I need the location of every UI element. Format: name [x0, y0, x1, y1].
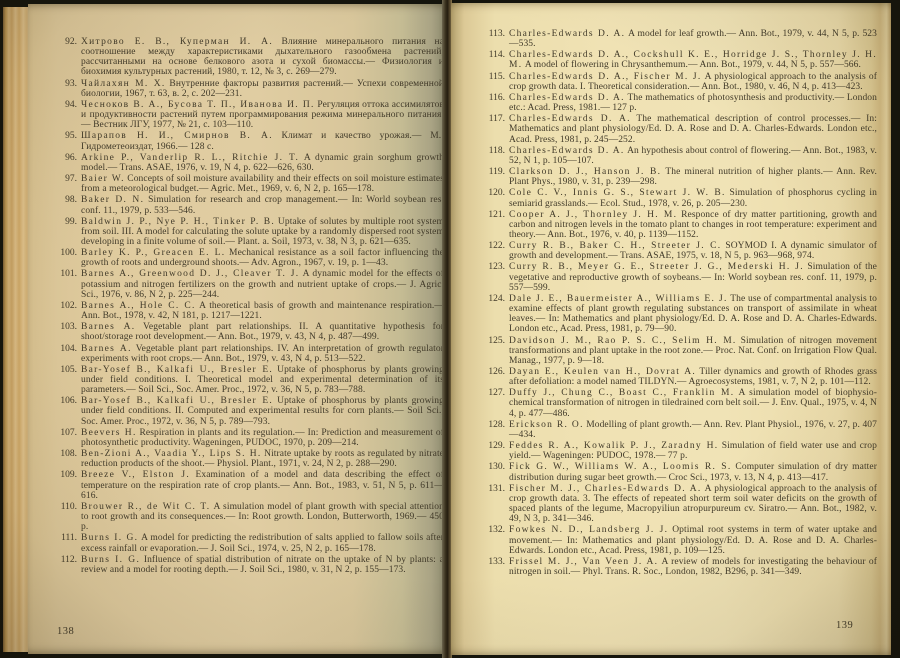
- entry-authors: Charles-Edwards D. A.: [509, 29, 625, 39]
- entry-number: 94.: [53, 100, 77, 110]
- book-spread: 92.Хитрово Е. В., Куперман И. А. Влияние…: [0, 0, 900, 658]
- reference-entry: 118.Charles-Edwards D. A. An hypothesis …: [481, 146, 877, 166]
- entry-number: 113.: [481, 29, 505, 39]
- entry-number: 115.: [481, 72, 505, 82]
- entry-authors: Charles-Edwards D. A.: [509, 93, 625, 103]
- entry-authors: Clarkson D. J., Hanson J. B.: [509, 167, 661, 177]
- entry-authors: Charles-Edwards D. A., Fischer M. J.: [509, 72, 702, 82]
- reference-entry: 122.Curry R. B., Baker C. H., Streeter J…: [481, 241, 877, 261]
- entry-authors: Bar-Yosef B., Kalkafi U., Bresler E.: [81, 396, 273, 406]
- reference-entry: 100.Barley K. P., Greacen E. L. Mechanic…: [53, 248, 444, 268]
- reference-entry: 104.Barnes A. Vegetable plant part relat…: [53, 344, 444, 364]
- reference-entry: 106.Bar-Yosef B., Kalkafi U., Bresler E.…: [53, 396, 444, 426]
- entry-authors: Barnes A.: [81, 344, 132, 354]
- entry-number: 126.: [481, 367, 505, 377]
- entry-number: 96.: [53, 153, 77, 163]
- entry-authors: Curry R. B., Meyer G. E., Streeter J. G.…: [509, 262, 804, 272]
- entry-authors: Fowkes N. D., Landsberg J. J.: [509, 525, 668, 535]
- reference-entry: 96.Arkine P., Vanderlip R. L., Ritchie J…: [53, 153, 444, 173]
- entry-authors: Brouwer R., de Wit C. T.: [81, 502, 210, 512]
- reference-entry: 131.Fischer M. J., Charles-Edwards D. A.…: [481, 484, 877, 525]
- reference-entry: 109.Breeze V., Elston J. Examination of …: [53, 470, 444, 500]
- entry-authors: Breeze V., Elston J.: [81, 470, 190, 480]
- entry-authors: Baier W.: [81, 174, 125, 184]
- right-page-number: 139: [836, 620, 853, 631]
- entry-number: 95.: [53, 131, 77, 141]
- right-page: 113.Charles-Edwards D. A. A model for le…: [451, 3, 891, 655]
- entry-authors: Fick G. W., Williams W. A., Loomis R. S.: [509, 462, 732, 472]
- entry-number: 92.: [53, 37, 77, 47]
- entry-number: 121.: [481, 210, 505, 220]
- entry-authors: Fischer M. J., Charles-Edwards D. A.: [509, 484, 702, 494]
- reference-entry: 130.Fick G. W., Williams W. A., Loomis R…: [481, 462, 877, 482]
- reference-entry: 132.Fowkes N. D., Landsberg J. J. Optima…: [481, 525, 877, 555]
- entry-authors: Feddes R. A., Kowalik P. J., Zaradny H.: [509, 441, 718, 451]
- entry-authors: Cole C. V., Innis G. S., Stewart J. W. B…: [509, 188, 726, 198]
- entry-number: 131.: [481, 484, 505, 494]
- entry-number: 112.: [53, 555, 77, 565]
- entry-authors: Baldwin J. P., Nye P. H., Tinker P. B.: [81, 217, 275, 227]
- left-page-text-block: 92.Хитрово Е. В., Куперман И. А. Влияние…: [53, 37, 444, 576]
- reference-entry: 124.Dale J. E., Bauermeister A., William…: [481, 294, 877, 335]
- entry-authors: Charles-Edwards D. A.: [509, 146, 625, 156]
- entry-number: 110.: [53, 502, 77, 512]
- entry-authors: Barnes A., Hole C. C.: [81, 301, 196, 311]
- entry-authors: Dayan E., Keulen van H., Dovrat A.: [509, 367, 696, 377]
- entry-authors: Чесноков В. А., Бусова Т. П., Иванова И.…: [81, 100, 315, 110]
- left-page: 92.Хитрово Е. В., Куперман И. А. Влияние…: [28, 4, 444, 654]
- reference-entry: 102.Barnes A., Hole C. C. A theoretical …: [53, 301, 444, 321]
- reference-entry: 97.Baier W. Concepts of soil moisture av…: [53, 174, 444, 194]
- reference-entry: 111.Burns I. G. A model for predicting t…: [53, 533, 444, 553]
- entry-number: 97.: [53, 174, 77, 184]
- right-page-text-block: 113.Charles-Edwards D. A. A model for le…: [481, 29, 877, 578]
- reference-entry: 105.Bar-Yosef B., Kalkafi U., Bresler E.…: [53, 365, 444, 395]
- entry-authors: Barnes A., Greenwood D. J., Cleaver T. J…: [81, 269, 299, 279]
- entry-number: 100.: [53, 248, 77, 258]
- reference-entry: 93.Чайлахян М. Х. Внутренние факторы раз…: [53, 79, 444, 99]
- entry-number: 130.: [481, 462, 505, 472]
- reference-list-left: 92.Хитрово Е. В., Куперман И. А. Влияние…: [53, 37, 444, 575]
- reference-entry: 121.Cooper A. J., Thornley J. H. M. Resp…: [481, 210, 877, 240]
- entry-number: 98.: [53, 195, 77, 205]
- entry-number: 107.: [53, 428, 77, 438]
- entry-authors: Baker D. N.: [81, 195, 144, 205]
- entry-number: 129.: [481, 441, 505, 451]
- entry-number: 120.: [481, 188, 505, 198]
- entry-number: 127.: [481, 388, 505, 398]
- entry-number: 124.: [481, 294, 505, 304]
- entry-authors: Barnes A.: [81, 322, 135, 332]
- entry-authors: Arkine P., Vanderlip R. L., Ritchie J. T…: [81, 153, 299, 163]
- entry-authors: Barley K. P., Greacen E. L.: [81, 248, 225, 258]
- entry-number: 108.: [53, 449, 77, 459]
- entry-number: 104.: [53, 344, 77, 354]
- entry-authors: Dale J. E., Bauermeister A., Williams E.…: [509, 294, 728, 304]
- entry-authors: Шарапов Н. И., Смирнов В. А.: [81, 131, 273, 141]
- reference-entry: 125.Davidson J. M., Rao P. S. C., Selim …: [481, 336, 877, 366]
- reference-entry: 129.Feddes R. A., Kowalik P. J., Zaradny…: [481, 441, 877, 461]
- entry-number: 101.: [53, 269, 77, 279]
- entry-authors: Хитрово Е. В., Куперман И. А.: [81, 37, 273, 47]
- entry-authors: Beevers H.: [81, 428, 137, 438]
- reference-entry: 115.Charles-Edwards D. A., Fischer M. J.…: [481, 72, 877, 92]
- reference-entry: 114.Charles-Edwards D. A., Cockshull K. …: [481, 50, 877, 70]
- entry-number: 99.: [53, 217, 77, 227]
- reference-entry: 92.Хитрово Е. В., Куперман И. А. Влияние…: [53, 37, 444, 78]
- entry-number: 133.: [481, 557, 505, 567]
- entry-authors: Davidson J. M., Rao P. S. C., Selim H. M…: [509, 336, 737, 346]
- reference-entry: 128.Erickson R. O. Modelling of plant gr…: [481, 420, 877, 440]
- page-edge-stack: [3, 7, 29, 652]
- reference-entry: 103.Barnes A. Vegetable plant part relat…: [53, 322, 444, 342]
- reference-entry: 117.Charles-Edwards D. A. The mathematic…: [481, 114, 877, 144]
- entry-number: 117.: [481, 114, 505, 124]
- reference-entry: 123.Curry R. B., Meyer G. E., Streeter J…: [481, 262, 877, 292]
- entry-number: 103.: [53, 322, 77, 332]
- reference-entry: 126.Dayan E., Keulen van H., Dovrat A. T…: [481, 367, 877, 387]
- reference-entry: 95.Шарапов Н. И., Смирнов В. А. Климат и…: [53, 131, 444, 151]
- entry-authors: Cooper A. J., Thornley J. H. M.: [509, 210, 677, 220]
- left-page-number: 138: [57, 626, 74, 637]
- entry-authors: Curry R. B., Baker C. H., Streeter J. C.: [509, 241, 721, 251]
- reference-entry: 99.Baldwin J. P., Nye P. H., Tinker P. B…: [53, 217, 444, 247]
- entry-authors: Erickson R. O.: [509, 420, 584, 430]
- entry-authors: Чайлахян М. Х.: [81, 79, 166, 89]
- entry-number: 111.: [53, 533, 77, 543]
- entry-number: 105.: [53, 365, 77, 375]
- reference-entry: 110.Brouwer R., de Wit C. T. A simulatio…: [53, 502, 444, 532]
- entry-number: 125.: [481, 336, 505, 346]
- entry-number: 114.: [481, 50, 505, 60]
- reference-entry: 119.Clarkson D. J., Hanson J. B. The min…: [481, 167, 877, 187]
- entry-text: A model of flowering in Chrysanthemum.— …: [525, 60, 861, 70]
- entry-authors: Bar-Yosef B., Kalkafi U., Bresler E.: [81, 365, 273, 375]
- reference-entry: 101.Barnes A., Greenwood D. J., Cleaver …: [53, 269, 444, 299]
- entry-number: 106.: [53, 396, 77, 406]
- reference-entry: 116.Charles-Edwards D. A. The mathematic…: [481, 93, 877, 113]
- entry-number: 102.: [53, 301, 77, 311]
- reference-entry: 94.Чесноков В. А., Бусова Т. П., Иванова…: [53, 100, 444, 130]
- reference-entry: 133.Frissel M. J., Van Veen J. A. A revi…: [481, 557, 877, 577]
- entry-text: Concepts of soil moisture availability a…: [81, 174, 444, 194]
- reference-entry: 127.Duffy J., Chung C., Boast C., Frankl…: [481, 388, 877, 418]
- reference-entry: 98.Baker D. N. Simulation for research a…: [53, 195, 444, 215]
- entry-number: 93.: [53, 79, 77, 89]
- entry-authors: Burns I. G.: [81, 533, 138, 543]
- entry-number: 132.: [481, 525, 505, 535]
- entry-authors: Ben-Zioni A., Vaadia Y., Lips S. H.: [81, 449, 262, 459]
- entry-number: 123.: [481, 262, 505, 272]
- entry-number: 119.: [481, 167, 505, 177]
- entry-number: 109.: [53, 470, 77, 480]
- reference-list-right: 113.Charles-Edwards D. A. A model for le…: [481, 29, 877, 577]
- entry-authors: Charles-Edwards D. A.: [509, 114, 631, 124]
- reference-entry: 113.Charles-Edwards D. A. A model for le…: [481, 29, 877, 49]
- reference-entry: 107.Beevers H. Respiration in plants and…: [53, 428, 444, 448]
- entry-authors: Duffy J., Chung C., Boast C., Franklin M…: [509, 388, 734, 398]
- entry-authors: Burns I. G.: [81, 555, 140, 565]
- reference-entry: 108.Ben-Zioni A., Vaadia Y., Lips S. H. …: [53, 449, 444, 469]
- entry-number: 128.: [481, 420, 505, 430]
- entry-authors: Frissel M. J., Van Veen J. A.: [509, 557, 658, 567]
- reference-entry: 120.Cole C. V., Innis G. S., Stewart J. …: [481, 188, 877, 208]
- entry-text: Vegetable plant part relationships. IV. …: [81, 344, 444, 364]
- entry-number: 122.: [481, 241, 505, 251]
- entry-number: 118.: [481, 146, 505, 156]
- entry-text: Vegetable plant part relationships. II. …: [81, 322, 444, 342]
- reference-entry: 112.Burns I. G. Influence of spatial dis…: [53, 555, 444, 575]
- entry-number: 116.: [481, 93, 505, 103]
